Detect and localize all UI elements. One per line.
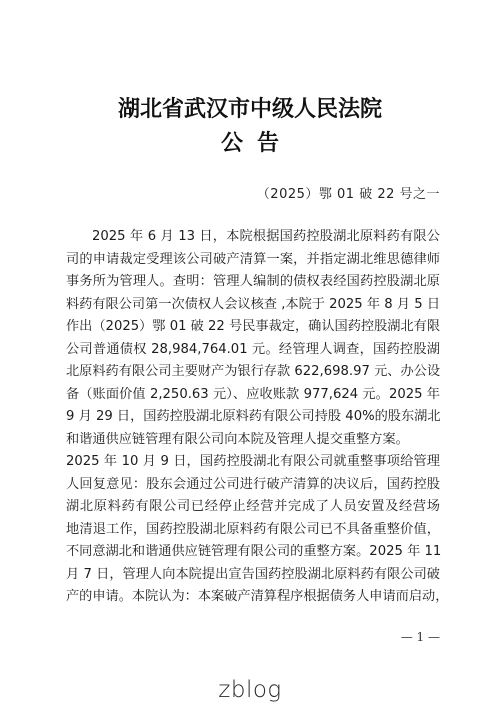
body-line: 作出（2025）鄂 01 破 22 号民事裁定，确认国药控股湖北有限 xyxy=(66,316,440,339)
page-number: — 1 — xyxy=(401,630,440,644)
notice-body: 2025 年 6 月 13 日，本院根据国药控股湖北原料药有限公 司的申请裁定受… xyxy=(66,226,440,609)
watermark-text: zblog xyxy=(0,677,500,703)
body-line: 产的申请。本院认为：本案破产清算程序根据债务人申请而启动， xyxy=(66,586,440,609)
body-line: 料药有限公司第一次债权人会议核查 ,本院于 2025 年 8 月 5 日 xyxy=(66,294,440,317)
body-line: 事务所为管理人。查明：管理人编制的债权表经国药控股湖北原 xyxy=(66,271,440,294)
notice-title: 公告 xyxy=(0,126,500,157)
body-line: 人回复意见：股东会通过公司进行破产清算的决议后，国药控股 xyxy=(66,474,440,497)
body-line: 地清退工作，国药控股湖北原料药有限公司已不具备重整价值， xyxy=(66,519,440,542)
body-line: 备（账面价值 2,250.63 元）、应收账款 977,624 元。2025 年 xyxy=(66,384,440,407)
body-line: 湖北原料药有限公司已经停止经营并完成了人员安置及经营场 xyxy=(66,496,440,519)
body-line: 月 7 日，管理人向本院提出宣告国药控股湖北原料药有限公司破 xyxy=(66,564,440,587)
body-line: 2025 年 6 月 13 日，本院根据国药控股湖北原料药有限公 xyxy=(66,226,440,249)
body-line: 公司普通债权 28,984,764.01 元。经管理人调查，国药控股湖 xyxy=(66,339,440,362)
body-line: 司的申请裁定受理该公司破产清算一案，并指定湖北维思德律师 xyxy=(66,249,440,272)
body-line: 和谐通供应链管理有限公司向本院及管理人提交重整方案。 xyxy=(66,429,440,452)
document-page: 湖北省武汉市中级人民法院 公告 （2025）鄂 01 破 22 号之一 2025… xyxy=(0,0,500,707)
body-line: 不同意湖北和谐通供应链管理有限公司的重整方案。2025 年 11 xyxy=(66,541,440,564)
body-line: 北原料药有限公司主要财产为银行存款 622,698.97 元、办公设 xyxy=(66,361,440,384)
court-name-heading: 湖北省武汉市中级人民法院 xyxy=(0,92,500,123)
body-line: 2025 年 10 月 9 日，国药控股湖北有限公司就重整事项给管理 xyxy=(66,451,440,474)
case-number: （2025）鄂 01 破 22 号之一 xyxy=(257,183,440,202)
body-line: 9 月 29 日，国药控股湖北原料药有限公司持股 40%的股东湖北 xyxy=(66,406,440,429)
